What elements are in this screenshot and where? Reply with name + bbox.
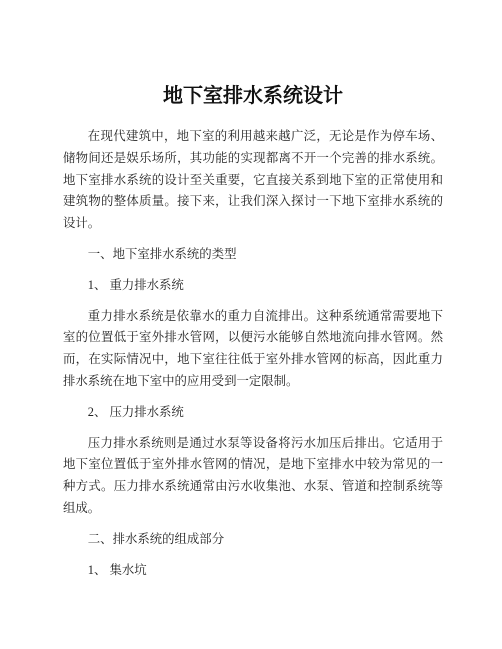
section-heading: 二、排水系统的组成部分 [63,529,443,551]
body-paragraph: 重力排水系统是依靠水的重力自流排出。这种系统通常需要地下室的位置低于室外排水管网… [63,306,443,393]
section-heading: 一、地下室排水系统的类型 [63,244,443,266]
section-heading: 1、 集水坑 [63,560,443,582]
section-heading: 1、 重力排水系统 [63,275,443,297]
body-paragraph: 在现代建筑中，地下室的利用越来越广泛，无论是作为停车场、储物间还是娱乐场所，其功… [63,126,443,235]
section-heading: 2、 压力排水系统 [63,402,443,424]
document-page: 地下室排水系统设计 在现代建筑中，地下室的利用越来越广泛，无论是作为停车场、储物… [0,0,502,649]
document-body: 在现代建筑中，地下室的利用越来越广泛，无论是作为停车场、储物间还是娱乐场所，其功… [63,126,443,581]
body-paragraph: 压力排水系统则是通过水泵等设备将污水加压后排出。它适用于地下室位置低于室外排水管… [63,433,443,520]
document-title: 地下室排水系统设计 [63,84,443,108]
